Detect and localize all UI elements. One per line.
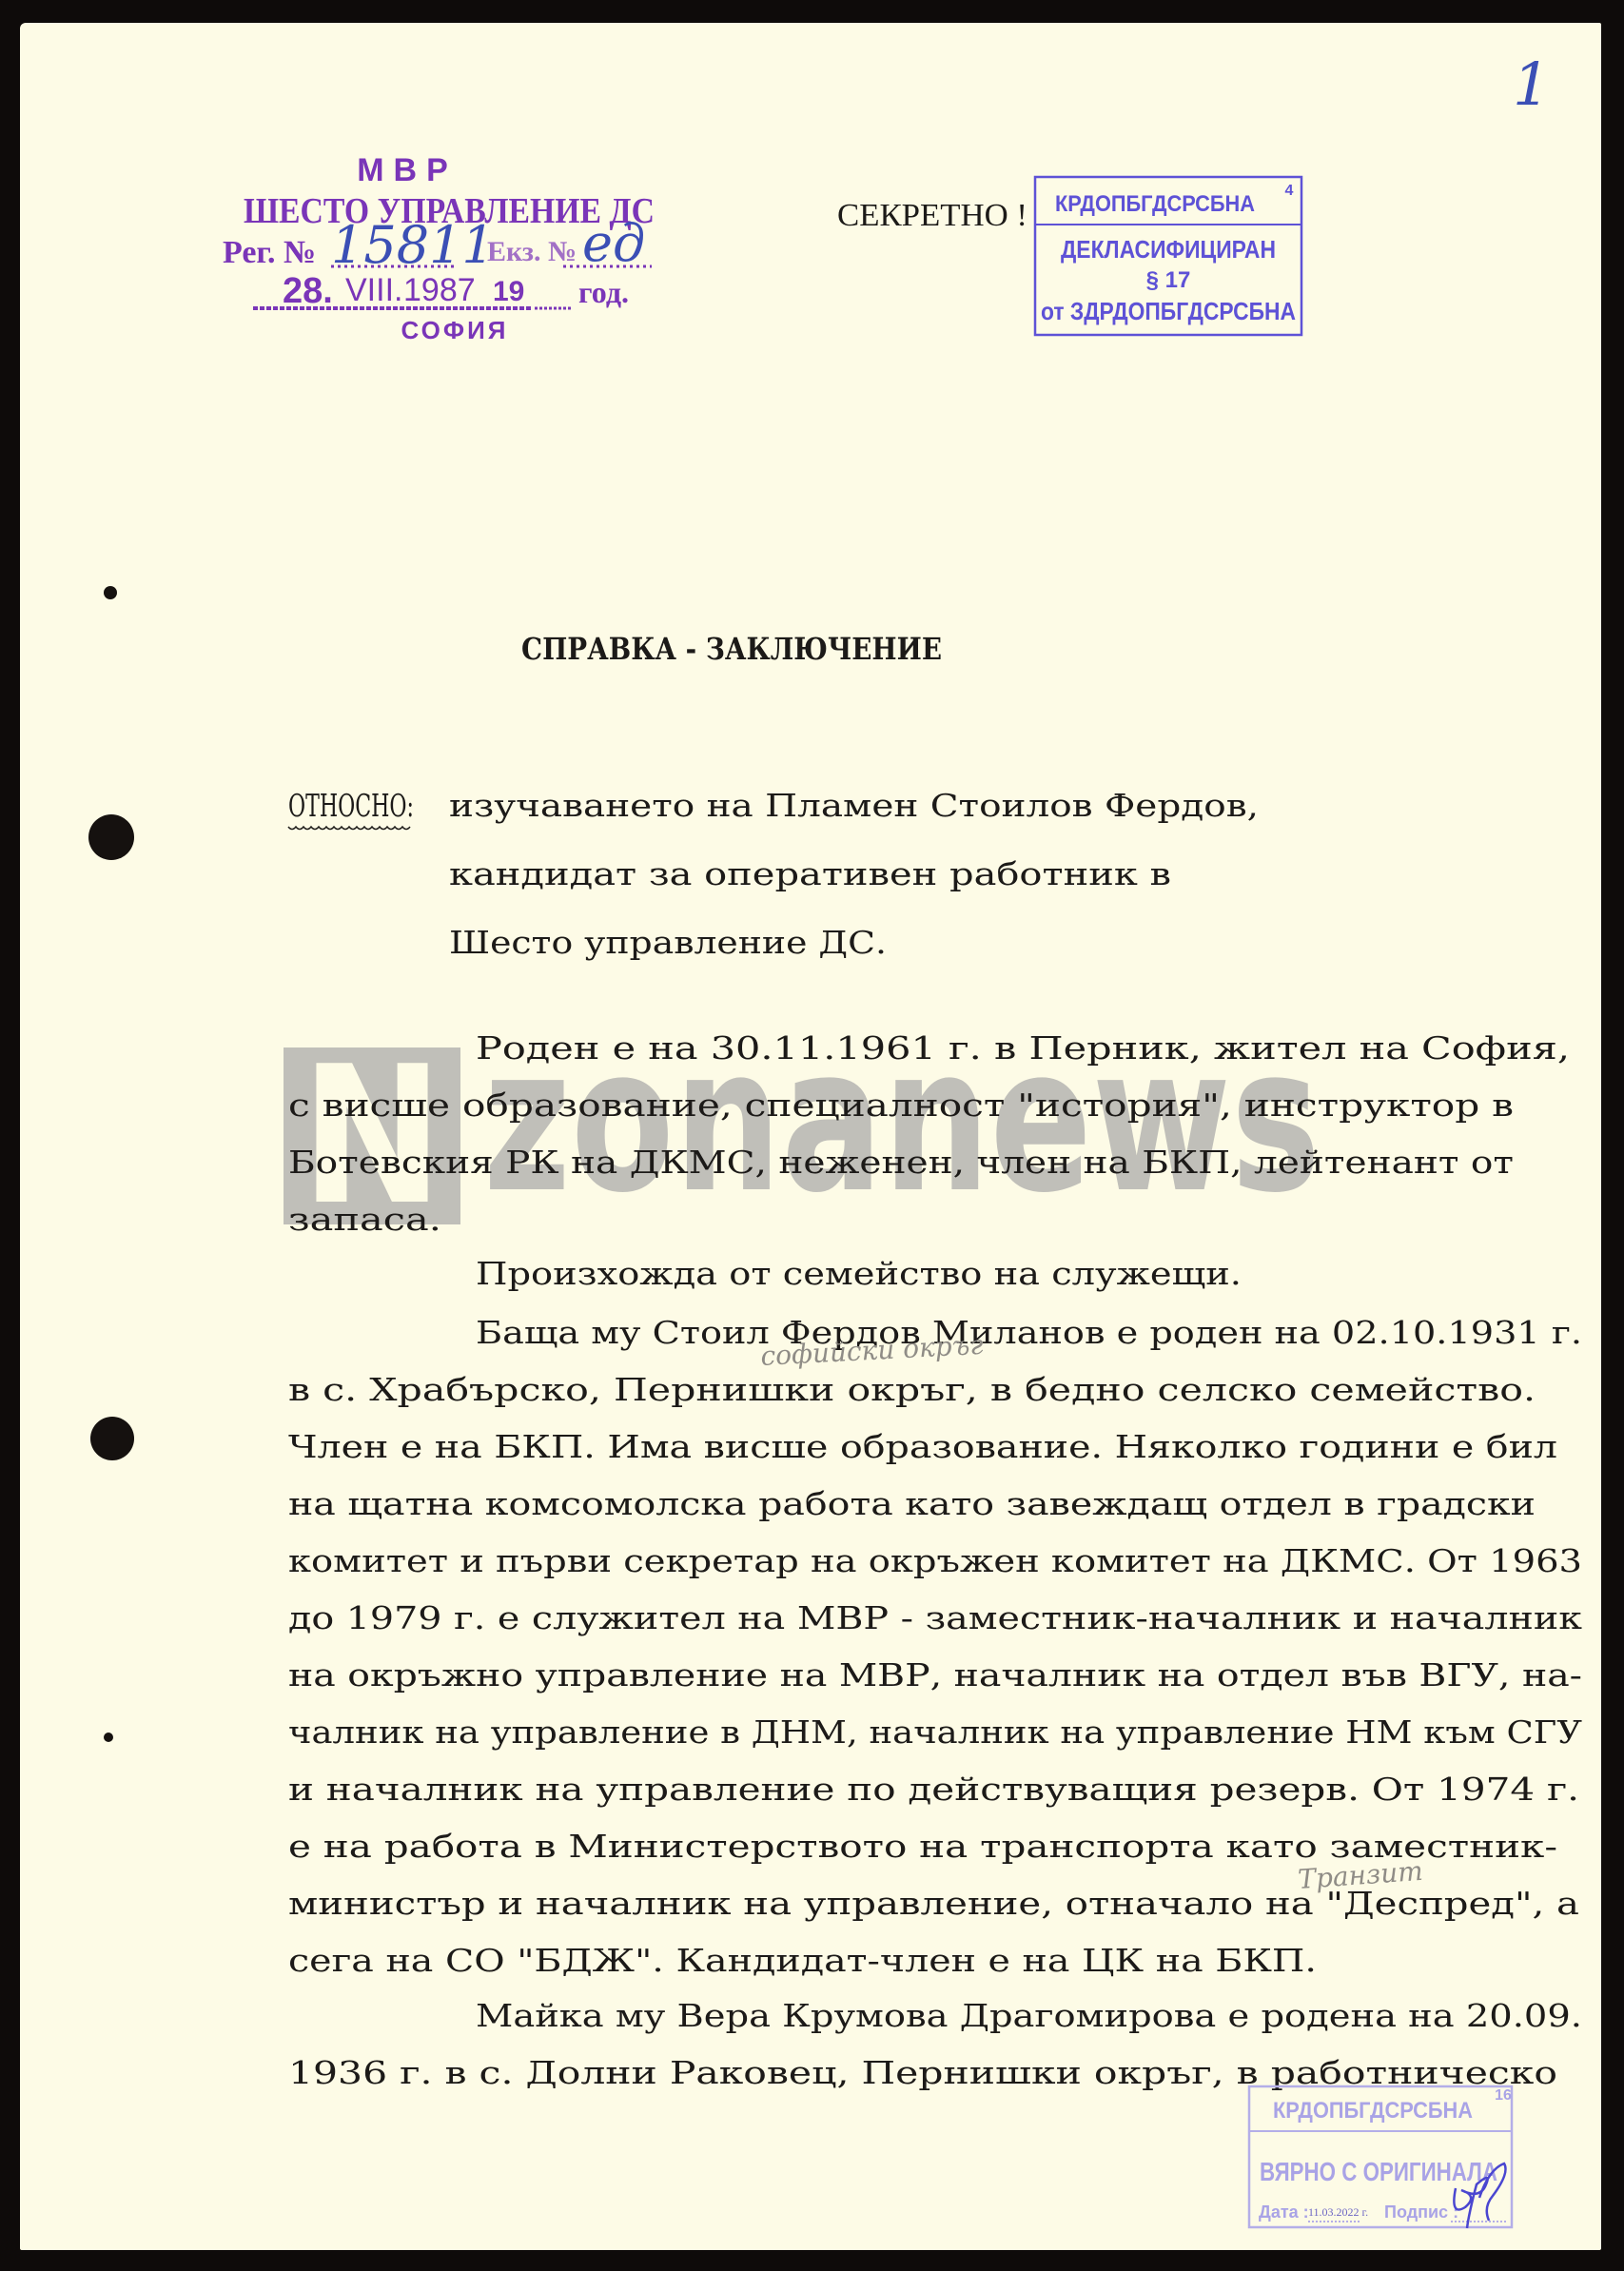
body-line: в с. Храбърско, Пернишки окръг, в бедно …: [288, 1371, 1536, 1408]
body-line: на окръжно управление на МВР, началник н…: [288, 1656, 1582, 1693]
body-line: и началник на управление по действуващия…: [288, 1771, 1579, 1808]
handwritten-copy-number: ед: [582, 213, 645, 273]
body-line: запаса.: [288, 1201, 441, 1238]
cert-header: КРДОПБГДСРСБНА: [1273, 2098, 1473, 2124]
body-line: комитет и първи секретар на окръжен коми…: [288, 1542, 1582, 1579]
stamp-reg-label: Рег. №: [223, 235, 316, 270]
declassification-stamp: КРДОПБГДСРСБНА 4 ДЕКЛАСИФИЦИРАН § 17 от …: [1035, 177, 1301, 335]
punch-holes: [88, 586, 134, 1742]
declass-number: 4: [1285, 183, 1294, 199]
regarding-section: ОТНОСНО: изучаването на Пламен Стоилов Ф…: [288, 787, 1259, 961]
stamp-copy-label: Екз. №: [487, 236, 577, 267]
cert-date-label: Дата :: [1259, 2202, 1309, 2222]
cert-date-value: 11.03.2022 г.: [1308, 2205, 1368, 2219]
speck-mark: [104, 1733, 113, 1742]
regarding-line: кандидат за оперативен работник в: [449, 855, 1171, 892]
body-line: чалник на управление в ДНМ, началник на …: [288, 1713, 1582, 1751]
declass-header: КРДОПБГДСРСБНА: [1055, 191, 1255, 217]
body-line: Ботевския РК на ДКМС, неженен, член на Б…: [288, 1144, 1514, 1181]
classification-label: СЕКРЕТНО !: [837, 198, 1027, 233]
certification-stamp: КРДОПБГДСРСБНА 16 ВЯРНО С ОРИГИНАЛА Дата…: [1249, 2086, 1512, 2228]
body-line: Роден е на 30.11.1961 г. в Перник, жител…: [476, 1029, 1570, 1067]
cert-signature-label: Подпис :: [1384, 2202, 1458, 2222]
regarding-line: Шесто управление ДС.: [449, 924, 887, 961]
body-line: на щатна комсомолска работа като завежда…: [288, 1485, 1536, 1522]
speck-mark: [104, 586, 117, 599]
wavy-underline: [288, 827, 410, 830]
regarding-line: изучаването на Пламен Стоилов Фердов,: [449, 787, 1259, 824]
body-line: Произхожда от семейство на служещи.: [476, 1255, 1242, 1292]
declass-status: ДЕКЛАСИФИЦИРАН: [1061, 235, 1276, 264]
punch-hole: [90, 1417, 134, 1460]
handwritten-reg-number: 15811: [331, 215, 495, 275]
document-canvas: 1 МВР ШЕСТО УПРАВЛЕНИЕ ДС Рег. № 15811 Е…: [0, 0, 1624, 2271]
declass-paragraph: § 17: [1146, 267, 1191, 293]
document-title: СПРАВКА - ЗАКЛЮЧЕНИЕ: [521, 631, 942, 667]
body-line: с висше образование, специалност "истори…: [288, 1087, 1514, 1124]
regarding-label: ОТНОСНО:: [288, 787, 414, 824]
cert-status: ВЯРНО С ОРИГИНАЛА: [1260, 2157, 1497, 2186]
body-line: Член е на БКП. Има висше образование. Ня…: [288, 1428, 1557, 1465]
stamp-month: VIII.: [345, 272, 402, 308]
body-line: сега на СО "БДЖ". Кандидат-член е на ЦК …: [288, 1942, 1317, 1979]
declass-law: от ЗДРДОПБГДСРСБНА: [1041, 297, 1296, 325]
body-line: до 1979 г. е служител на МВР - заместник…: [288, 1599, 1582, 1636]
stamp-day: 28.: [283, 271, 333, 311]
stamp-year-prefix: 19: [493, 276, 524, 307]
stamp-year-suffix: год.: [578, 275, 629, 309]
body-line: Майка му Вера Крумова Драгомирова е роде…: [476, 1997, 1582, 2034]
registration-stamp: МВР ШЕСТО УПРАВЛЕНИЕ ДС Рег. № 15811 Екз…: [223, 152, 655, 344]
stamp-year: 1987: [403, 272, 476, 308]
stamp-city: СОФИЯ: [401, 316, 509, 344]
punch-hole: [88, 814, 134, 860]
body-line: министър и началник на управление, отнач…: [288, 1885, 1579, 1922]
cert-number: 16: [1495, 2087, 1512, 2104]
stamp-ministry: МВР: [357, 152, 458, 188]
body-line: Баща му Стоил Фердов Миланов е роден на …: [476, 1314, 1582, 1351]
handwritten-page-number: 1: [1513, 49, 1550, 119]
